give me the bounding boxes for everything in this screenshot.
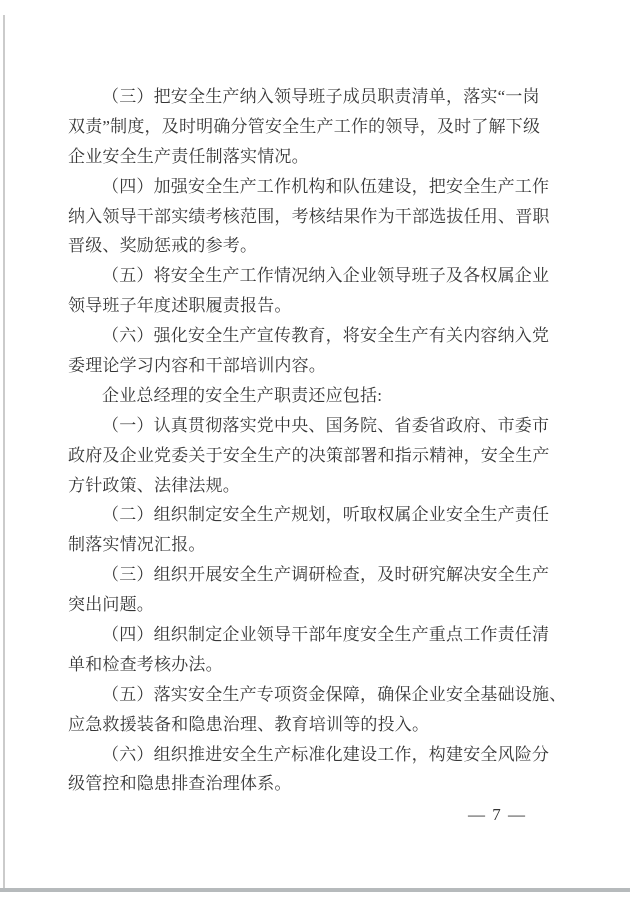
text-line: 方针政策、法律法规。 <box>68 471 550 501</box>
text-line: （六）组织推进安全生产标准化建设工作，构建安全风险分 <box>68 740 550 770</box>
scan-edge-left <box>3 15 5 891</box>
text-line: 晋级、奖励惩戒的参考。 <box>68 231 550 261</box>
text-line: （三）把安全生产纳入领导班子成员职责清单，落实“一岗 <box>68 82 550 112</box>
document-page: （三）把安全生产纳入领导班子成员职责清单，落实“一岗双责”制度，及时明确分管安全… <box>0 0 634 897</box>
text-line: （四）组织制定企业领导干部年度安全生产重点工作责任清 <box>68 620 550 650</box>
text-line: 级管控和隐患排查治理体系。 <box>68 769 550 799</box>
text-line: （六）强化安全生产宣传教育，将安全生产有关内容纳入党 <box>68 321 550 351</box>
page-number: — 7 — <box>468 805 527 825</box>
text-line: 突出问题。 <box>68 590 550 620</box>
text-line: （一）认真贯彻落实党中央、国务院、省委省政府、市委市 <box>68 411 550 441</box>
text-line: （二）组织制定安全生产规划，听取权属企业安全生产责任 <box>68 500 550 530</box>
text-line: 双责”制度，及时明确分管安全生产工作的领导，及时了解下级 <box>68 112 550 142</box>
text-line: 政府及企业党委关于安全生产的决策部署和指示精神，安全生产 <box>68 441 550 471</box>
text-line: 应急救援装备和隐患治理、教育培训等的投入。 <box>68 710 550 740</box>
text-line: 制落实情况汇报。 <box>68 530 550 560</box>
text-line: 领导班子年度述职履责报告。 <box>68 291 550 321</box>
text-line: 企业总经理的安全生产职责还应包括: <box>68 381 550 411</box>
scan-edge-bottom <box>0 888 630 892</box>
text-line: 单和检查考核办法。 <box>68 650 550 680</box>
text-line: 纳入领导干部实绩考核范围，考核结果作为干部选拔任用、晋职 <box>68 202 550 232</box>
text-line: （五）落实安全生产专项资金保障，确保企业安全基础设施、 <box>68 680 550 710</box>
text-line: （五）将安全生产工作情况纳入企业领导班子及各权属企业 <box>68 261 550 291</box>
text-line: 企业安全生产责任制落实情况。 <box>68 142 550 172</box>
text-line: （三）组织开展安全生产调研检查，及时研究解决安全生产 <box>68 560 550 590</box>
text-line: 委理论学习内容和干部培训内容。 <box>68 351 550 381</box>
text-line: （四）加强安全生产工作机构和队伍建设，把安全生产工作 <box>68 172 550 202</box>
document-body: （三）把安全生产纳入领导班子成员职责清单，落实“一岗双责”制度，及时明确分管安全… <box>68 82 550 799</box>
